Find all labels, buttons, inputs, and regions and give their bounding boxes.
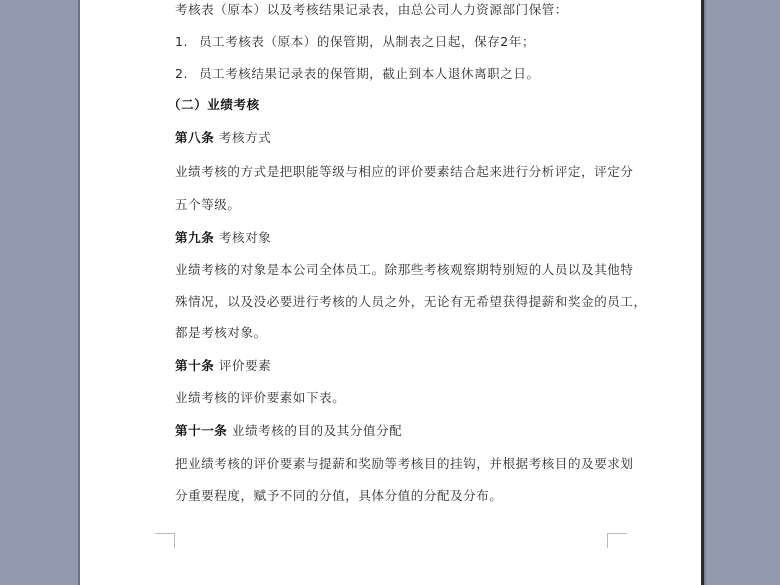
- list-text: 员工考核表（原本）的保管期，从制表之日起，保存2年；: [199, 34, 535, 49]
- margin-corner-mark-right: [607, 533, 627, 548]
- article-title: 评价要素: [219, 358, 271, 373]
- line-text: 业绩考核的方式是把职能等级与相应的评价要素结合起来进行分析评定，评定分: [175, 164, 634, 179]
- article-8-heading: 第八条 考核方式: [175, 130, 271, 146]
- paragraph-line: 业绩考核的评价要素如下表。: [175, 390, 345, 406]
- article-title: 业绩考核的目的及其分值分配: [232, 423, 402, 438]
- article-11-heading: 第十一条 业绩考核的目的及其分值分配: [175, 423, 402, 439]
- line-text: 考核表（原本）以及考核结果记录表，由总公司人力资源部门保管：: [175, 2, 568, 17]
- paragraph-line: 考核表（原本）以及考核结果记录表，由总公司人力资源部门保管：: [175, 2, 568, 18]
- article-title: 考核对象: [219, 230, 271, 245]
- paragraph-line: 殊情况，以及没必要进行考核的人员之外，无论有无希望获得提薪和奖金的员工，: [175, 294, 647, 310]
- line-text: 殊情况，以及没必要进行考核的人员之外，无论有无希望获得提薪和奖金的员工，: [175, 294, 647, 309]
- list-item-1: 1.员工考核表（原本）的保管期，从制表之日起，保存2年；: [175, 34, 535, 50]
- line-text: 五个等级。: [175, 197, 241, 212]
- paragraph-line: 业绩考核的方式是把职能等级与相应的评价要素结合起来进行分析评定，评定分: [175, 164, 634, 180]
- paragraph-line: 业绩考核的对象是本公司全体员工。除那些考核观察期特别短的人员以及其他特: [175, 262, 634, 278]
- line-text: 业绩考核的对象是本公司全体员工。除那些考核观察期特别短的人员以及其他特: [175, 262, 634, 277]
- article-label: 第九条: [175, 230, 214, 245]
- paragraph-line: 分重要程度，赋予不同的分值，具体分值的分配及分布。: [175, 488, 503, 504]
- line-text: 分重要程度，赋予不同的分值，具体分值的分配及分布。: [175, 488, 503, 503]
- line-text: 都是考核对象。: [175, 325, 267, 340]
- article-label: 第八条: [175, 130, 214, 145]
- section-heading: （二）业绩考核: [168, 97, 260, 113]
- list-item-2: 2.员工考核结果记录表的保管期，截止到本人退休离职之日。: [175, 66, 540, 82]
- article-10-heading: 第十条 评价要素: [175, 358, 271, 374]
- list-number: 2.: [175, 66, 199, 82]
- margin-corner-mark-left: [155, 533, 175, 548]
- article-title: 考核方式: [219, 130, 271, 145]
- paragraph-line: 五个等级。: [175, 197, 241, 213]
- article-label: 第十一条: [175, 423, 227, 438]
- article-9-heading: 第九条 考核对象: [175, 230, 271, 246]
- page-right-shadow: [704, 0, 706, 585]
- paragraph-line: 都是考核对象。: [175, 325, 267, 341]
- line-text: 业绩考核的评价要素如下表。: [175, 390, 345, 405]
- document-page: 考核表（原本）以及考核结果记录表，由总公司人力资源部门保管： 1.员工考核表（原…: [80, 0, 701, 585]
- list-number: 1.: [175, 34, 199, 50]
- list-text: 员工考核结果记录表的保管期，截止到本人退休离职之日。: [199, 66, 540, 81]
- article-label: 第十条: [175, 358, 214, 373]
- paragraph-line: 把业绩考核的评价要素与提薪和奖励等考核目的挂钩，并根据考核目的及要求划: [175, 456, 634, 472]
- line-text: 把业绩考核的评价要素与提薪和奖励等考核目的挂钩，并根据考核目的及要求划: [175, 456, 634, 471]
- heading-text: （二）业绩考核: [168, 97, 260, 112]
